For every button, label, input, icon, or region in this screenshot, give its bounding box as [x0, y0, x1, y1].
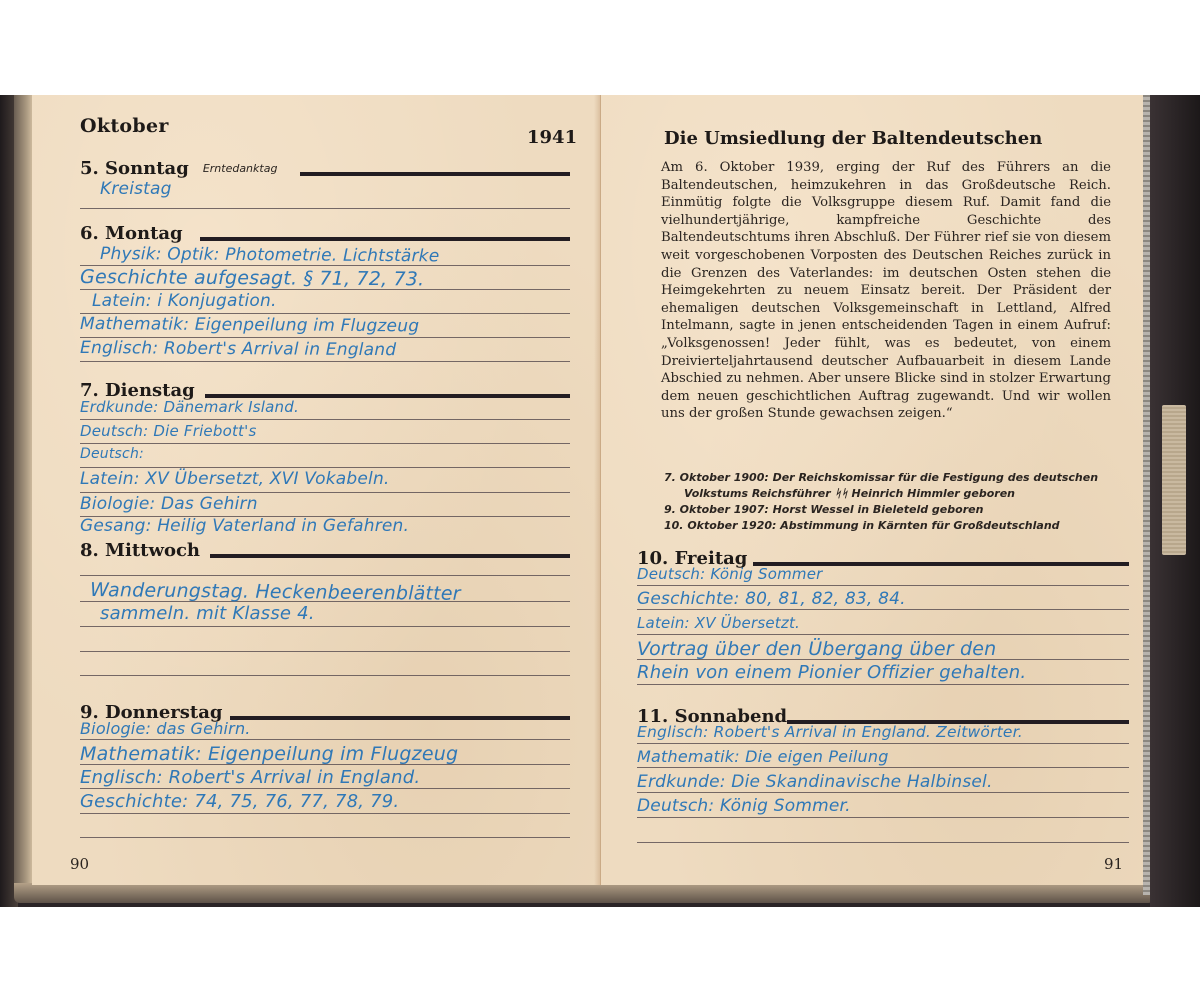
handwritten-entry: Latein: i Konjugation. — [92, 291, 277, 311]
anniversary-item: 7. Oktober 1900: Der Reichskomissar für … — [664, 470, 1134, 502]
handwritten-entry: sammeln. mit Klasse 4. — [100, 603, 315, 624]
day-title: 8. Mittwoch — [80, 540, 200, 561]
ruled-line — [637, 792, 1129, 793]
article-body: Am 6. Oktober 1939, erging der Ruf des F… — [661, 159, 1111, 423]
right-page: Die Umsiedlung der Baltendeutschen Am 6.… — [601, 95, 1144, 885]
day-title: 5. Sonntag — [80, 158, 189, 179]
handwritten-entry: Biologie: das Gehirn. — [80, 719, 251, 738]
handwritten-entry: Erdkunde: Dänemark Island. — [80, 398, 299, 416]
day-rule — [200, 237, 570, 241]
ruled-line — [80, 492, 570, 493]
handwritten-entry: Englisch: Robert's Arrival in England. Z… — [637, 723, 1023, 741]
handwritten-entry: Gesang: Heilig Vaterland in Gefahren. — [80, 516, 409, 536]
day-rule — [300, 172, 570, 176]
handwritten-entry: Geschichte: 80, 81, 82, 83, 84. — [637, 589, 906, 609]
handwritten-entry: Rhein von einem Pionier Offizier gehalte… — [637, 662, 1026, 683]
handwritten-entry: Geschichte aufgesagt. § 71, 72, 73. — [80, 266, 424, 290]
ruled-line — [80, 813, 570, 814]
article-title: Die Umsiedlung der Baltendeutschen — [664, 128, 1042, 149]
handwritten-entry: Latein: XV Übersetzt. — [637, 614, 800, 632]
ruled-line — [80, 361, 570, 362]
ruled-line — [80, 739, 570, 740]
handwritten-entry: Geschichte: 74, 75, 76, 77, 78, 79. — [80, 791, 399, 812]
ruled-line — [80, 651, 570, 652]
day-title: 6. Montag — [80, 223, 183, 244]
ruled-line — [637, 842, 1129, 843]
handwritten-entry: Erdkunde: Die Skandinavische Halbinsel. — [637, 772, 993, 792]
ruled-line — [80, 419, 570, 420]
day-rule — [230, 716, 570, 720]
handwritten-entry: Biologie: Das Gehirn — [80, 494, 258, 514]
handwritten-entry: Englisch: Robert's Arrival in England. — [80, 767, 420, 788]
page-number: 90 — [70, 855, 89, 873]
holiday-note: Erntedanktag — [203, 162, 278, 175]
month-heading: Oktober — [80, 115, 169, 137]
handwritten-entry: Mathematik: Eigenpeilung im Flugzeug — [80, 314, 419, 336]
anniversary-list: 7. Oktober 1900: Der Reichskomissar für … — [664, 470, 1134, 534]
ruled-line — [637, 684, 1129, 685]
ruled-line — [637, 743, 1129, 744]
ruled-line — [80, 443, 570, 444]
page-number: 91 — [1104, 855, 1123, 873]
bookmark-ribbon — [1162, 405, 1186, 555]
handwritten-entry: Kreistag — [100, 179, 172, 199]
handwritten-entry: Deutsch: Die Friebott's — [80, 422, 256, 440]
handwritten-entry: Vortrag über den Übergang über den — [637, 638, 996, 660]
ruled-line — [637, 634, 1129, 635]
handwritten-entry: Physik: Optik: Photometrie. Lichtstärke — [100, 244, 439, 266]
handwritten-entry: Mathematik: Eigenpeilung im Flugzeug — [80, 743, 458, 765]
handwritten-entry: Latein: XV Übersetzt, XVI Vokabeln. — [80, 469, 390, 489]
day-rule — [210, 554, 570, 558]
ruled-line — [80, 575, 570, 576]
handwritten-entry: Deutsch: — [80, 446, 144, 462]
handwritten-entry: Wanderungstag. Heckenbeerenblätter — [90, 579, 461, 605]
ruled-line — [80, 626, 570, 627]
ruled-line — [80, 208, 570, 209]
ruled-line — [637, 609, 1129, 610]
year-heading: 1941 — [527, 127, 577, 148]
ruled-line — [637, 767, 1129, 768]
handwritten-entry: Englisch: Robert's Arrival in England — [80, 338, 396, 360]
anniversary-item: 9. Oktober 1907: Horst Wessel in Bielete… — [664, 502, 1134, 518]
handwritten-entry: Mathematik: Die eigen Peilung — [637, 747, 889, 766]
anniversary-item: 10. Oktober 1920: Abstimmung in Kärnten … — [664, 518, 1134, 534]
page-edge-bottom — [14, 883, 1154, 903]
page-edge-left — [14, 95, 34, 893]
open-book: Oktober 1941 5. Sonntag Erntedanktag Kre… — [0, 95, 1200, 907]
ruled-line — [80, 675, 570, 676]
handwritten-entry: Deutsch: König Sommer — [637, 565, 823, 583]
left-page: Oktober 1941 5. Sonntag Erntedanktag Kre… — [32, 95, 601, 885]
ruled-line — [637, 585, 1129, 586]
ruled-line — [80, 837, 570, 838]
ruled-line — [637, 817, 1129, 818]
ruled-line — [80, 788, 570, 789]
handwritten-entry: Deutsch: König Sommer. — [637, 796, 851, 816]
ruled-line — [80, 467, 570, 468]
